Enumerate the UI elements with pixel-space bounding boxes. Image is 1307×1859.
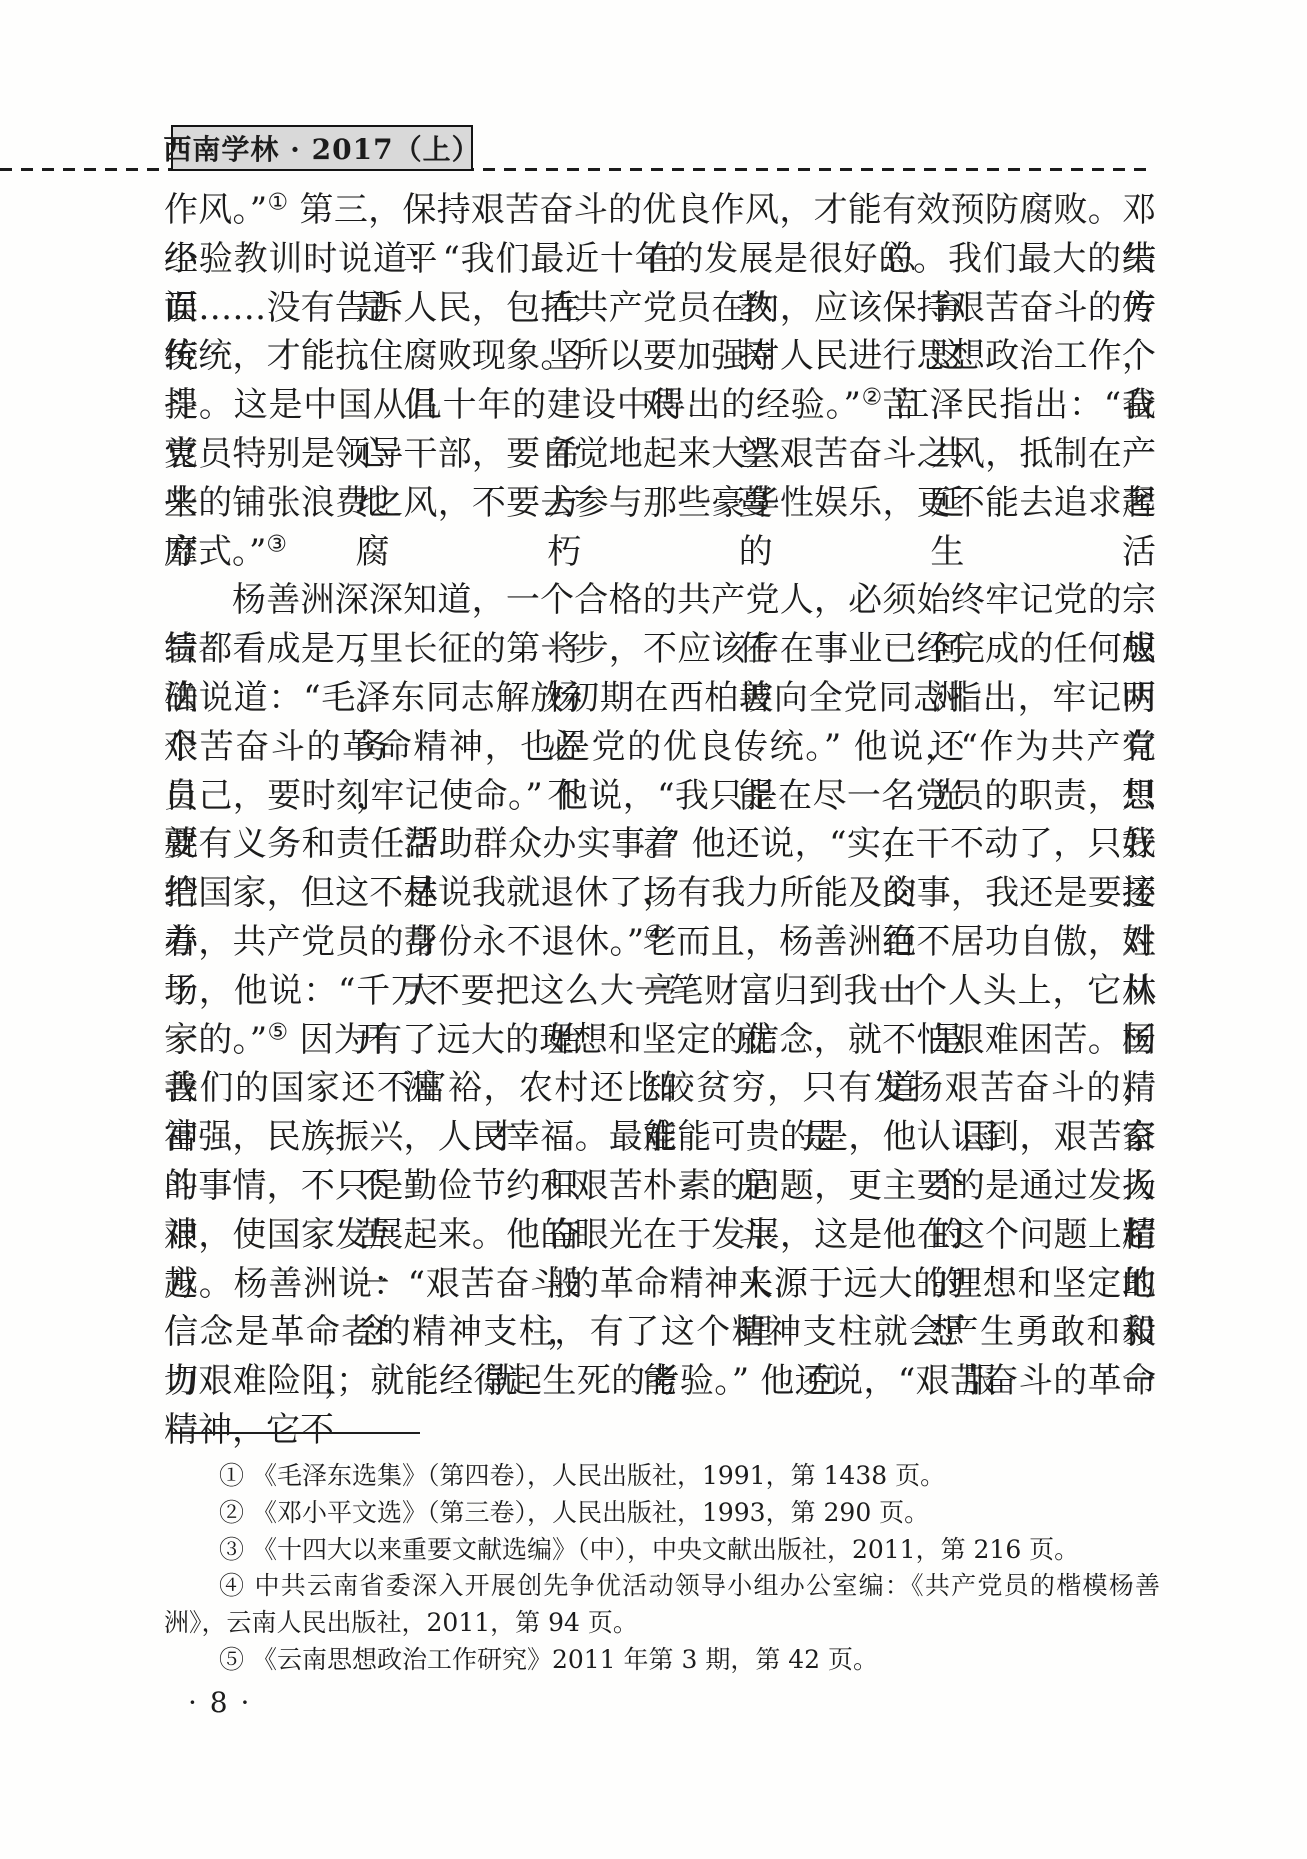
body-line: 神，使国家发展起来。他的眼光在于发展，这是他在这个问题上超越一般人的地 xyxy=(164,1211,1156,1260)
body-line: 办，共产党员的身份永不退休。”④ 而且，杨善洲绝不居功自傲，对于大亮山林 xyxy=(164,918,1156,967)
body-line: 切艰难险阻；就能经得起生死的考验。” 他还说，“艰苦奋斗的革命精神，它不 xyxy=(164,1357,1156,1406)
body-line: 来的铺张浪费之风，不要去参与那些豪华性娱乐，更不能去追求奢靡腐朽的生活 xyxy=(164,479,1156,528)
body-line: 的事情，不只是勤俭节约和艰苦朴素的问题，更主要的是通过发扬艰苦奋斗的精 xyxy=(164,1162,1156,1211)
footnote-ref: ③ xyxy=(266,531,287,557)
paragraph-2: 杨善洲深深知道，一个合格的共产党人，必须始终牢记党的宗旨，将任何成绩都看成是万里… xyxy=(164,576,1156,1406)
body-line: 我们的国家还不富裕，农村还比较贫穷，只有发扬艰苦奋斗的精神，才能是国家 xyxy=(164,1064,1156,1113)
footnote-item: ④ 中共云南省委深入开展创先争优活动领导小组办公室编：《共产党员的楷模杨善洲》，… xyxy=(164,1568,1160,1642)
footnote-item: ① 《毛泽东选集》（第四卷），人民出版社，1991，第 1438 页。 xyxy=(164,1458,1160,1495)
footnote-item: ② 《邓小平文选》（第三卷），人民出版社，1993，第 290 页。 xyxy=(164,1495,1160,1532)
body-line: 传统，才能抗住腐败现象。所以要加强对人民进行思想政治工作，提倡艰苦奋 xyxy=(164,332,1156,381)
body-line: 作风。”① 第三，保持艰苦奋斗的优良作风，才能有效预防腐败。邓小平在总结 xyxy=(164,186,1156,235)
footnote-item: ③ 《十四大以来重要文献选编》（中），中央文献出版社，2011，第 216 页。 xyxy=(164,1532,1160,1569)
body-line: 就有义务和责任帮助群众办实事。” 他还说，“实在干不动了，只好把林场交还 xyxy=(164,820,1156,869)
page-number: · 8 · xyxy=(188,1686,251,1719)
body-line: 党员特别是领导干部，要自觉地起来大兴艰苦奋斗之风，抵制在一些地方蔓延起 xyxy=(164,430,1156,479)
body-line: 家的。”⑤ 因为有了远大的理想和坚定的信念，就不怕艰难困苦。杨善洲知道， xyxy=(164,1016,1156,1065)
footnote-ref: ① xyxy=(267,189,288,215)
footnote-ref: ④ xyxy=(644,921,665,947)
body-line: 杨善洲深深知道，一个合格的共产党人，必须始终牢记党的宗旨，将任何成 xyxy=(164,576,1156,625)
body-line: 富强，民族振兴，人民幸福。最难能可贵的是，他认识到，艰苦奋斗不只是个人 xyxy=(164,1113,1156,1162)
scanned-book-page: 西南学林 · 2017（上） 作风。”① 第三，保持艰苦奋斗的优良作风，才能有效… xyxy=(0,0,1307,1859)
body-line: 绩都看成是万里长征的第一步，不应该存在事业已经完成的任何想法。杨善洲明 xyxy=(164,625,1156,674)
paragraph-1: 作风。”① 第三，保持艰苦奋斗的优良作风，才能有效预防腐败。邓小平在总结经验教训… xyxy=(164,186,1156,576)
body-line: 斗。这是中国从几十年的建设中得出的经验。”② 江泽民指出：“我衷心希望共产 xyxy=(164,381,1156,430)
journal-header-badge: 西南学林 · 2017（上） xyxy=(171,125,473,171)
footnote-ref: ⑤ xyxy=(267,1019,288,1045)
footnote-ref: ② xyxy=(861,385,883,411)
body-line: 方。杨善洲说：“艰苦奋斗的革命精神来源于远大的理想和坚定的信念，理想和 xyxy=(164,1260,1156,1309)
footnote-item: ⑤ 《云南思想政治工作研究》2011 年第 3 期，第 42 页。 xyxy=(164,1642,1160,1679)
body-line: 给国家，但这不是说我就退休了，有我力所能及的事，我还是要接着帮老百姓 xyxy=(164,869,1156,918)
body-line: 自己，要时刻牢记使命。” 他说，“我只是在尽一名党员的职责，只要活着，我 xyxy=(164,772,1156,821)
body-line: 确说道：“毛泽东同志解放初期在西柏坡向全党同志指出，牢记两个务必。还有 xyxy=(164,674,1156,723)
body-line: 艰苦奋斗的革命精神，也是党的优良传统。” 他说，“作为共产党员，不能光想 xyxy=(164,723,1156,772)
journal-title: 西南学林 · 2017（上） xyxy=(163,128,480,168)
body-line: 经验教训时说道：“我们最近十年的发展是很好的。我们最大的失误是在教育方 xyxy=(164,235,1156,284)
article-body: 作风。”① 第三，保持艰苦奋斗的优良作风，才能有效预防腐败。邓小平在总结经验教训… xyxy=(164,186,1156,1406)
body-line: 场，他说：“千万不要把这么大一笔财富归到我一个人头上，它从一开始就是国 xyxy=(164,967,1156,1016)
body-line: 信念是革命者的精神支柱，有了这个精神支柱就会产生勇敢和毅力，就能克服一 xyxy=(164,1308,1156,1357)
footnote-separator-rule xyxy=(172,1432,420,1434)
body-line: 面……没有告诉人民，包括共产党员在内，应该保持艰苦奋斗的传统。坚持这个 xyxy=(164,284,1156,333)
footnotes-block: ① 《毛泽东选集》（第四卷），人民出版社，1991，第 1438 页。② 《邓小… xyxy=(164,1458,1160,1679)
